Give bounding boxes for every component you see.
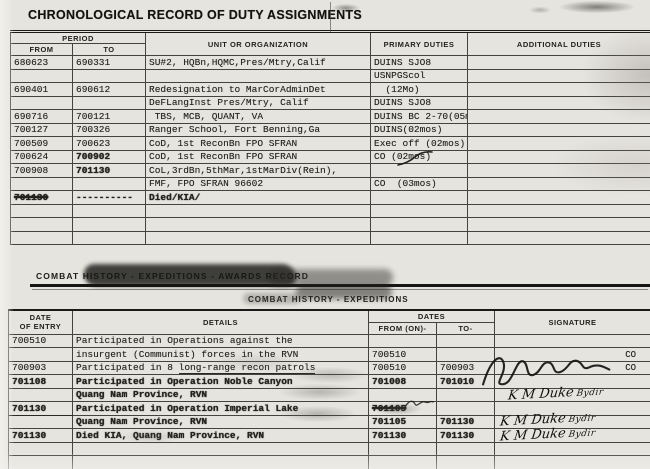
entry-date-cell: 701108	[9, 375, 73, 389]
duty-row	[11, 231, 650, 245]
to-cell: 700326	[73, 123, 146, 137]
unit-cell: FMF, FPO SFRAN 96602	[146, 177, 371, 191]
from-cell: 700624	[11, 150, 73, 164]
signature-cell	[495, 442, 650, 456]
details-header: DETAILS	[73, 310, 369, 334]
details-cell: Quang Nam Province, RVN	[73, 415, 369, 429]
duty-row: 701130----------Died/KIA/	[11, 191, 650, 205]
struck-date: 701105	[372, 403, 406, 414]
to-cell: 700121	[73, 110, 146, 124]
additional-cell	[468, 96, 650, 110]
from-cell	[11, 204, 73, 218]
unit-cell: Ranger School, Fort Benning,Ga	[146, 123, 371, 137]
entry-date-cell	[9, 415, 73, 429]
unit-cell: CoD, 1st ReconBn FPO SFRAN	[146, 150, 371, 164]
primary-cell: USNPGScol	[371, 69, 468, 83]
details-cell: Participated in Operation Noble Canyon	[73, 375, 369, 389]
from-cell	[369, 334, 437, 348]
combat-row	[9, 456, 650, 469]
details-cell: Died KIA, Quang Nam Province, RVN	[73, 429, 369, 443]
unit-cell	[146, 218, 371, 232]
unit-cell: CoD, 1st ReconBn FPO SFRAN	[146, 137, 371, 151]
from-cell: 701008	[369, 375, 437, 389]
additional-cell	[468, 204, 650, 218]
duty-row: 680623690331SU#2, HQBn,HQMC,Pres/Mtry,Ca…	[11, 56, 650, 70]
unit-cell: DeFLangInst Pres/Mtry, Calif	[146, 96, 371, 110]
additional-cell	[468, 69, 650, 83]
to-cell: 690331	[73, 56, 146, 70]
to-cell: ----------	[73, 191, 146, 205]
entry-date-cell	[9, 388, 73, 402]
details-cell	[73, 456, 369, 469]
scanned-form-page: CHRONOLOGICAL RECORD OF DUTY ASSIGNMENTS…	[0, 0, 650, 469]
duty-row: 690716700121 TBS, MCB, QUANT, VADUINS BC…	[11, 110, 650, 124]
from-cell	[11, 69, 73, 83]
to-cell	[73, 231, 146, 245]
to-cell	[73, 204, 146, 218]
unit-cell: Redesignation to MarCorAdminDet	[146, 83, 371, 97]
to-cell: 690612	[73, 83, 146, 97]
primary-cell: DUINS BC 2-70(05mos)	[371, 110, 468, 124]
scribble-mark	[404, 398, 434, 410]
entry-date-cell: 700510	[9, 334, 73, 348]
to-cell: 701130	[437, 415, 495, 429]
bydir-note: Bydir	[576, 387, 604, 398]
details-cell: Participated in Operations against the	[73, 334, 369, 348]
signature-cell	[495, 456, 650, 469]
unit-cell	[146, 231, 371, 245]
from-cell: 700510	[369, 361, 437, 375]
entry-date-cell: 701130	[9, 402, 73, 416]
from-cell: 680623	[11, 56, 73, 70]
details-cell: Participated in Operation Imperial Lake	[73, 402, 369, 416]
additional-cell	[468, 137, 650, 151]
to-cell: 700623	[73, 137, 146, 151]
additional-cell	[468, 83, 650, 97]
duty-row: 700509700623CoD, 1st ReconBn FPO SFRANEx…	[11, 137, 650, 151]
scan-artifact-line	[330, 2, 331, 32]
from-cell: 690716	[11, 110, 73, 124]
duty-row	[11, 218, 650, 232]
duty-row: USNPGScol	[11, 69, 650, 83]
from-cell: 700908	[11, 164, 73, 178]
additional-cell	[468, 164, 650, 178]
to-cell	[73, 96, 146, 110]
signature-header: SIGNATURE	[495, 310, 650, 334]
unit-cell: SU#2, HQBn,HQMC,Pres/Mtry,Calif	[146, 56, 371, 70]
details-cell: Quang Nam Province, RVN	[73, 388, 369, 402]
to-cell	[73, 218, 146, 232]
from-cell: 701130	[11, 191, 73, 205]
section-rule-thin	[32, 289, 648, 290]
additional-cell	[468, 150, 650, 164]
from-on-header: FROM (ON)-	[369, 322, 437, 334]
additional-cell	[468, 123, 650, 137]
entry-date-cell	[9, 442, 73, 456]
from-cell	[11, 231, 73, 245]
primary-cell: DUINS SJO8	[371, 96, 468, 110]
combat-history-banner: COMBAT HISTORY - EXPEDITIONS - AWARDS RE…	[36, 271, 309, 281]
unit-cell	[146, 69, 371, 83]
additional-cell	[468, 231, 650, 245]
primary-cell	[371, 204, 468, 218]
from-cell: 700509	[11, 137, 73, 151]
to-cell	[437, 402, 495, 416]
entry-date-cell: 700903	[9, 361, 73, 375]
from-cell: 700510	[369, 348, 437, 362]
combat-expeditions-subtitle: COMBAT HISTORY - EXPEDITIONS	[248, 295, 409, 304]
from-cell: 701105	[369, 415, 437, 429]
additional-cell	[468, 177, 650, 191]
section-rule	[30, 284, 650, 287]
entry-date-cell: 701130	[9, 429, 73, 443]
duty-row: FMF, FPO SFRAN 96602CO (03mos)	[11, 177, 650, 191]
unit-cell: CoL,3rdBn,5thMar,1stMarDiv(Rein),	[146, 164, 371, 178]
period-header: PERIOD	[11, 32, 146, 44]
primary-duties-header: PRIMARY DUTIES	[371, 32, 468, 56]
to-cell	[437, 456, 495, 469]
to-cell	[437, 334, 495, 348]
primary-cell: Exec off (02mos)	[371, 137, 468, 151]
duty-row	[11, 204, 650, 218]
from-cell	[11, 218, 73, 232]
primary-cell	[371, 191, 468, 205]
to-cell: 701130	[73, 164, 146, 178]
primary-cell: (12Mo)	[371, 83, 468, 97]
duty-row: 700624700902CoD, 1st ReconBn FPO SFRANCO…	[11, 150, 650, 164]
details-cell: insurgent (Communist) forces in the RVN	[73, 348, 369, 362]
details-cell: Participated in 8 long-range recon patro…	[73, 361, 369, 375]
duty-row: DeFLangInst Pres/Mtry, CalifDUINS SJO8	[11, 96, 650, 110]
checkmark-scrawl-icon	[396, 150, 434, 168]
duty-row: 690401690612Redesignation to MarCorAdmin…	[11, 83, 650, 97]
from-cell	[11, 96, 73, 110]
additional-cell	[468, 218, 650, 232]
from-cell: 701130	[369, 429, 437, 443]
primary-cell: CO (03mos)	[371, 177, 468, 191]
additional-duties-header: ADDITIONAL DUTIES	[468, 32, 650, 56]
underlined-detail: long-range recon patrols	[179, 362, 316, 374]
primary-cell: DUINS(02mos)	[371, 123, 468, 137]
from-cell	[11, 177, 73, 191]
duty-row: 700908701130CoL,3rdBn,5thMar,1stMarDiv(R…	[11, 164, 650, 178]
details-cell	[73, 442, 369, 456]
to-cell	[437, 442, 495, 456]
to-cell	[73, 69, 146, 83]
from-cell	[369, 456, 437, 469]
combat-row	[9, 442, 650, 456]
to-header: TO-	[437, 322, 495, 334]
from-header: FROM	[11, 44, 73, 56]
additional-cell	[468, 191, 650, 205]
unit-header: UNIT OR ORGANIZATION	[146, 32, 371, 56]
additional-cell	[468, 56, 650, 70]
page-title: CHRONOLOGICAL RECORD OF DUTY ASSIGNMENTS	[28, 8, 362, 22]
primary-cell: DUINS SJO8	[371, 56, 468, 70]
unit-cell	[146, 204, 371, 218]
entry-date-cell	[9, 456, 73, 469]
dates-header: DATES	[369, 310, 495, 322]
bydir-note: Bydir	[568, 413, 596, 424]
primary-cell	[371, 218, 468, 232]
from-cell: 700127	[11, 123, 73, 137]
from-cell	[369, 442, 437, 456]
to-cell: 700902	[73, 150, 146, 164]
unit-cell: Died/KIA/	[146, 191, 371, 205]
duty-assignments-table: PERIOD UNIT OR ORGANIZATION PRIMARY DUTI…	[10, 30, 650, 245]
additional-cell	[468, 110, 650, 124]
primary-cell	[371, 231, 468, 245]
from-cell: 690401	[11, 83, 73, 97]
to-cell: 701130	[437, 429, 495, 443]
struck-date: 701130	[14, 192, 48, 203]
duty-row: 700127700326Ranger School, Fort Benning,…	[11, 123, 650, 137]
to-header: TO	[73, 44, 146, 56]
bydir-note: Bydir	[568, 428, 596, 439]
entry-date-cell	[9, 348, 73, 362]
to-cell	[73, 177, 146, 191]
unit-cell: TBS, MCB, QUANT, VA	[146, 110, 371, 124]
date-of-entry-header: DATEOF ENTRY	[9, 310, 73, 334]
